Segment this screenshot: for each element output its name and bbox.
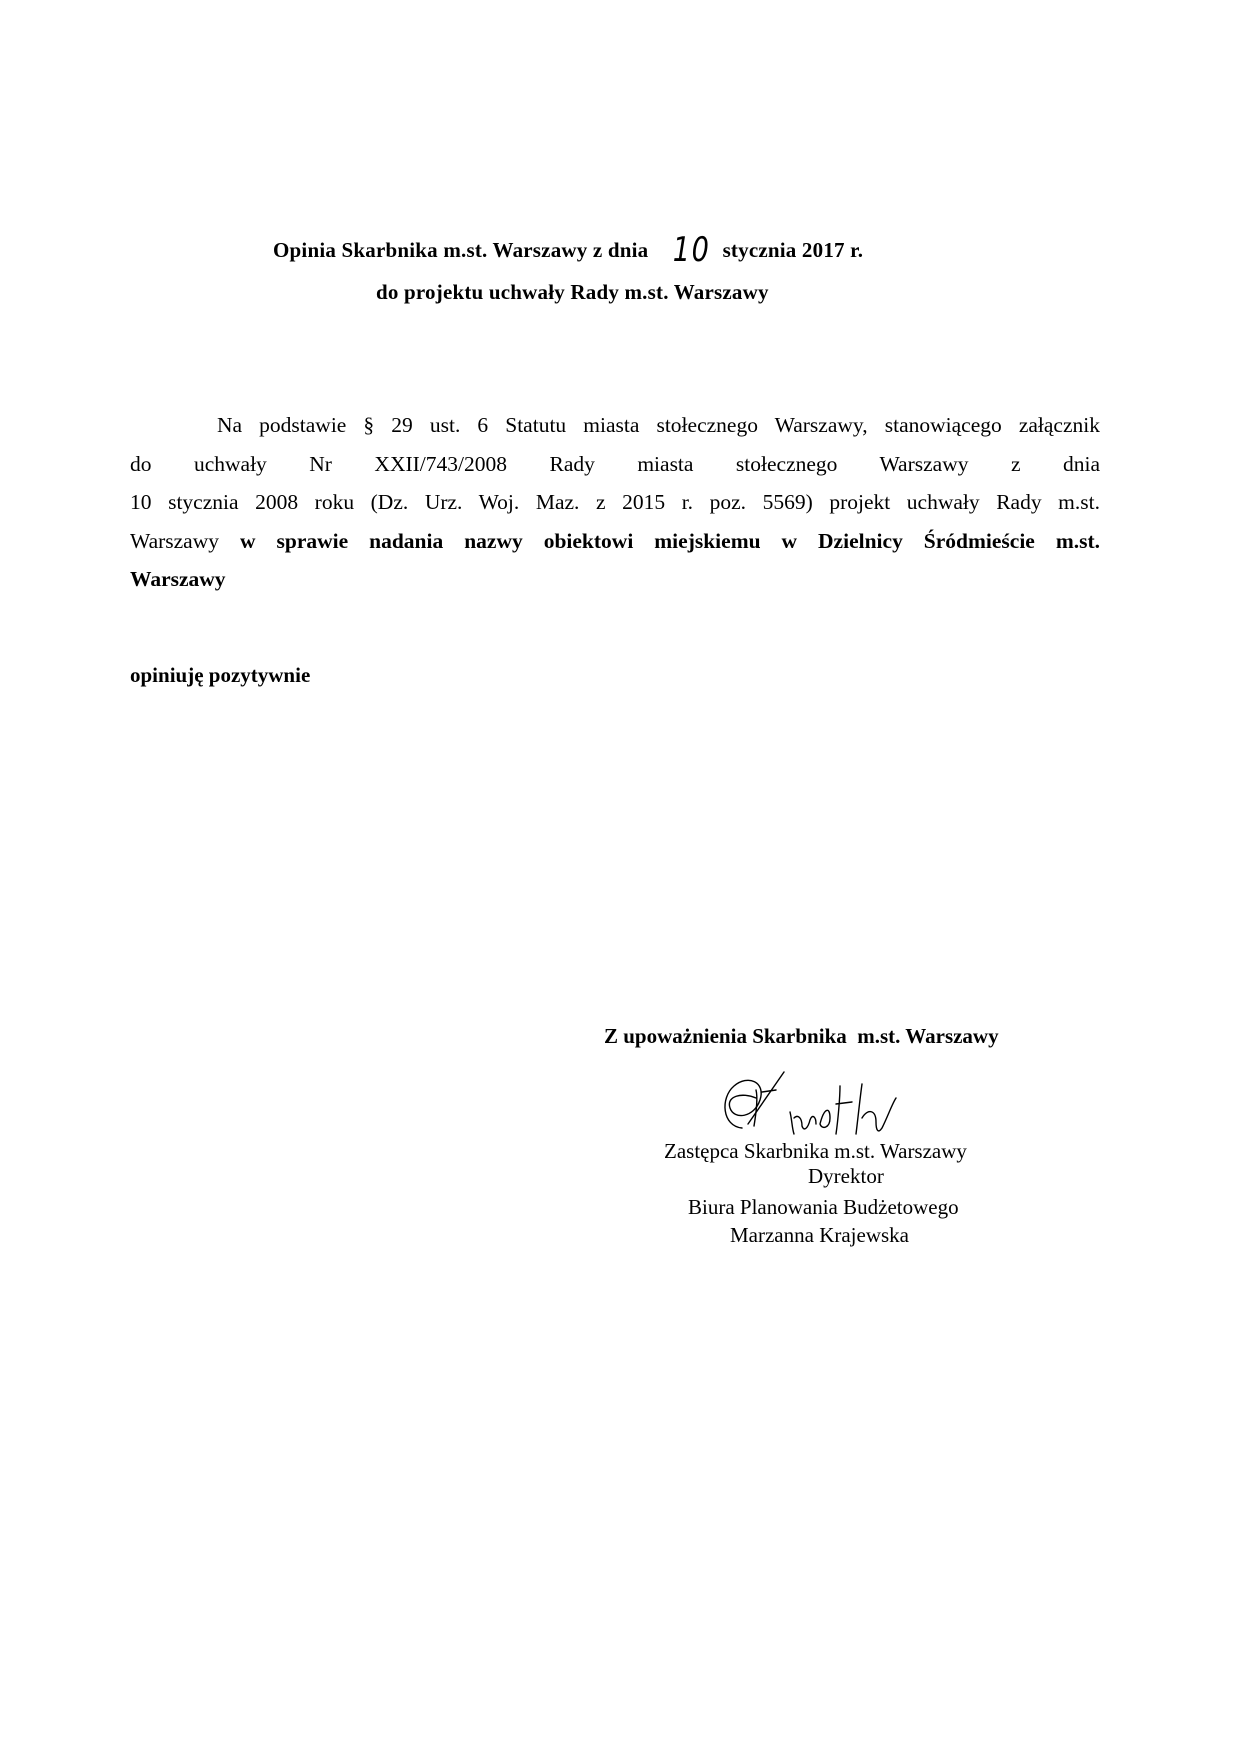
body-line-2: do uchwały Nr XXII/743/2008 Rady miasta … [130,445,1100,484]
body-line-1: Na podstawie § 29 ust. 6 Statutu miasta … [130,406,1100,445]
authorization-line: Z upoważnienia Skarbnika m.st. Warszawy [604,1024,999,1049]
body-line-4: Warszawy w sprawie nadania nazwy obiekto… [130,522,1100,561]
resolution-subject: w sprawie nadania nazwy obiektowi miejsk… [240,529,1100,553]
body-line-3: 10 stycznia 2008 roku (Dz. Urz. Woj. Maz… [130,483,1100,522]
signatory-position: Dyrektor [808,1163,884,1189]
signatory-title: Zastępca Skarbnika m.st. Warszawy [664,1138,967,1164]
document-subtitle: do projektu uchwały Rady m.st. Warszawy [376,280,769,305]
document-title: Opinia Skarbnika m.st. Warszawy z dnia 1… [273,238,863,270]
title-suffix: stycznia 2017 r. [723,238,864,262]
body-line-4-plain: Warszawy [130,529,219,553]
handwritten-signature-icon [712,1068,952,1146]
signatory-department: Biura Planowania Budżetowego [688,1194,959,1220]
handwritten-date-day: 10 [673,230,711,270]
signatory-name: Marzanna Krajewska [730,1222,909,1248]
body-paragraph: Na podstawie § 29 ust. 6 Statutu miasta … [130,406,1100,599]
body-line-5: Warszawy [130,560,1100,599]
opinion-conclusion: opiniuję pozytywnie [130,663,310,688]
title-prefix: Opinia Skarbnika m.st. Warszawy z dnia [273,238,648,262]
